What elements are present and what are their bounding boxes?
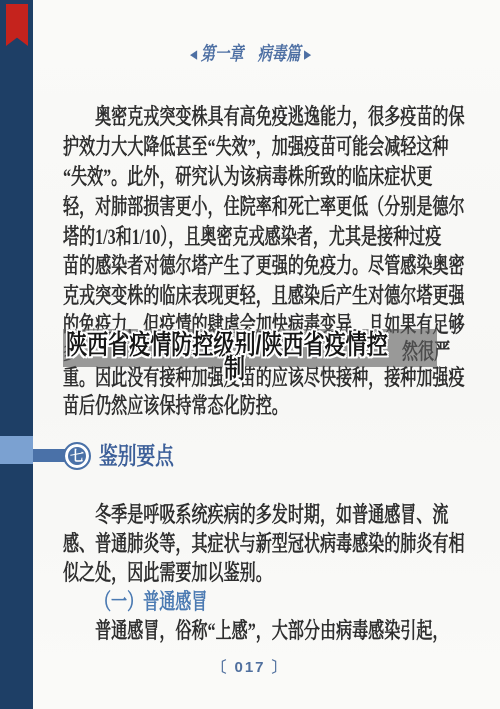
paragraph2-line: 似之处，因此需要加以鉴别。 — [63, 561, 272, 585]
left-sidebar-strip — [0, 0, 33, 709]
paragraph1-line: 护效力大大降低甚至“失效”，加强疫苗可能会减轻这种 — [63, 135, 448, 159]
paragraph1-line: 克戎突变株的临床表现更轻，且感染后产生对德尔塔更强 — [63, 284, 465, 308]
book-page-screenshot: ◂ 第一章 病毒篇 ▸ 奥密克戎突变株具有高免疫逃逸能力，很多疫苗的保 护效力大… — [0, 0, 500, 709]
section-title: 鉴别要点 — [99, 444, 174, 470]
paragraph3-line: 普通感冒，俗称“上感”，大部分由病毒感染引起， — [63, 619, 448, 643]
paragraph1-line: 苗后仍然应该保持常态化防控。 — [63, 394, 288, 418]
chapter-running-head: ◂ 第一章 病毒篇 ▸ — [190, 44, 311, 66]
sidebar-accent-tab — [0, 436, 33, 464]
paragraph2-line: 冬季是呼吸系统疾病的多发时期，如普通感冒、流 — [63, 503, 448, 527]
section-number: 七 — [70, 449, 84, 463]
caption-title-line2: 制 — [224, 355, 245, 383]
paragraph1-line: 苗的感染者对德尔塔产生了更强的免疫力。尽管感染奥密 — [63, 254, 465, 278]
subheading-common-cold: （一）普通感冒 — [95, 590, 207, 614]
paragraph1-line: “失效”。此外，研究认为该病毒株所致的临床症状更 — [63, 165, 432, 189]
section-number-badge: 七 — [63, 442, 91, 470]
paragraph1-line: 奥密克戎突变株具有高免疫逃逸能力，很多疫苗的保 — [63, 105, 465, 129]
page-number: 〔 017 〕 — [0, 656, 500, 677]
paragraph1-line: 轻，对肺部损害更小，住院率和死亡率更低（分别是德尔 — [63, 195, 465, 219]
paragraph2-line: 感、普通肺炎等，其症状与新型冠状病毒感染的肺炎有相 — [63, 532, 465, 556]
paragraph1-line: 重。因此没有接种加强疫苗的应该尽快接种，接种加强疫 — [63, 366, 465, 390]
paragraph1-line: 塔的1/3和1/10），且奥密克戎感染者，尤其是接种过疫 — [63, 225, 441, 249]
